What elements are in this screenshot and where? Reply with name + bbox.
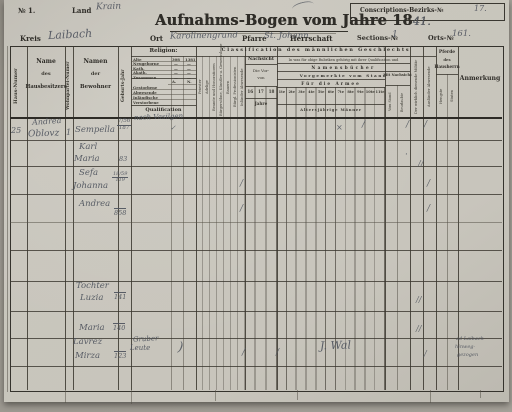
pferde-col1: Hengste: [439, 78, 444, 114]
tally-mark: /: [276, 348, 279, 358]
age-col: 1te: [277, 90, 287, 94]
form-title-text: Aufnahms-Bogen vom Jahre 18: [155, 12, 413, 29]
entry-party-no: 1: [66, 128, 71, 137]
nachsicht-col-17: 17: [256, 89, 267, 94]
class-col-5: Bürgl. Professionisten: [233, 58, 238, 116]
grid-line: [436, 74, 458, 75]
row-line: [10, 250, 502, 251]
row-line: [10, 366, 502, 367]
col-auslander: Ausländer Abwesende: [427, 58, 433, 116]
tally-mark: /: [427, 179, 430, 189]
entry-birth: 141: [114, 292, 126, 301]
pferde-title-l3: Hausherrn: [436, 64, 458, 69]
nachsicht-col-18: 18: [266, 89, 277, 94]
entry-resident: Maria: [74, 154, 100, 164]
mit-nachsicht-col2: Beurlaubte: [400, 88, 405, 116]
age-col: 6te: [326, 90, 336, 94]
tally-mark: //: [416, 295, 421, 304]
pfarre-label: Pfarre: [242, 34, 267, 43]
col-resident-l3: Bewohner: [73, 84, 118, 90]
herrschaft-label: Herrschaft: [290, 34, 333, 43]
grid-line: [447, 74, 448, 390]
age-col: 8te: [346, 90, 356, 94]
entry-resident: Sempella: [75, 125, 115, 135]
kreis-value-handwriting: Laibach: [48, 27, 93, 42]
col-owner-l2: des: [27, 71, 65, 77]
class-col-4: Bauern: [226, 58, 231, 116]
ort-value-handwriting: Karolinengrund: [170, 30, 238, 41]
col-wohnpartei-nummer: Wohnpartei-Numer: [66, 58, 71, 114]
scanned-census-form: № 1. Land Krain Conscriptions-Bezirks-№ …: [0, 0, 512, 412]
header-divider: [10, 117, 502, 119]
entry-resident: Tochter: [76, 281, 109, 291]
nachsicht-col-16: 16: [245, 89, 256, 94]
entry-birth-fraction: 18/59 119: [112, 172, 128, 183]
col-resident-l2: der: [73, 71, 118, 77]
col-dienende-militar: Der wirklich dienende Militär: [414, 58, 420, 116]
entry-birth-fraction: 7/56 187: [117, 119, 131, 131]
age-col: 4te: [306, 90, 316, 94]
row-line: [10, 140, 502, 141]
class-col-3: Bürgersöhne, Künstler u. Gewerbsleute: [219, 58, 224, 116]
entry-resident: Sefa: [79, 168, 98, 178]
class-col-1: Adelige: [205, 58, 210, 116]
mit-nachsicht-col1: Vom Stand: [388, 88, 393, 116]
tally-mark: //: [418, 159, 423, 168]
anmerkung-note-line3: gezogen: [457, 352, 478, 358]
nachsicht-sub1: Die Vor-: [245, 68, 277, 73]
right-header-line2: Namensbücher: [277, 65, 410, 70]
line-stub: [131, 390, 132, 404]
nachsicht-columns-grid: [245, 86, 277, 390]
line-stub: [430, 390, 431, 403]
entry-resident: Maria: [79, 323, 105, 333]
grid-line: [168, 84, 196, 85]
entry-resident: Luzia: [80, 293, 103, 303]
entry-qualification: nach Vasilgen: [134, 112, 183, 122]
age-col: 7te: [336, 90, 346, 94]
nachsicht-title: Nachsicht: [245, 57, 277, 62]
form-title: Aufnahms-Bogen vom Jahre 1841.: [155, 12, 365, 29]
right-header-line4: Für die Armee: [277, 81, 385, 86]
entry-resident: Andrea: [79, 199, 110, 209]
religion-title: Religion:: [131, 48, 196, 54]
col-owner-l1: Name: [27, 58, 65, 65]
entry-resident: Mirza: [75, 351, 100, 361]
religion-ab-a: A.: [172, 79, 176, 84]
classification-title: Classification des männlichen Geschlecht…: [196, 47, 436, 53]
tally-mark: /: [362, 120, 365, 130]
orts-value-handwriting: 161.: [452, 29, 471, 39]
tally-mark: /: [242, 348, 245, 358]
grid-line: [131, 105, 196, 106]
religion-row-label: Zusammen: [133, 75, 156, 80]
tally-mark: ×: [336, 123, 343, 132]
signature: J. Wal: [320, 338, 351, 352]
grid-line: [277, 87, 385, 88]
class-col-0: Priester: [198, 58, 203, 116]
pferde-title-l1: Pferde: [436, 50, 458, 55]
entry-note-line2: Leute: [130, 344, 150, 352]
religion-ab-b: N.: [187, 79, 192, 84]
row-line: [10, 222, 502, 223]
anmerkung-note-line2: hinweg-: [455, 344, 475, 350]
line-stub: [65, 390, 66, 403]
entry-birth: 123: [114, 351, 126, 360]
check-mark: ✓: [170, 124, 176, 132]
col-owner-l3: Hausbesitzers: [27, 84, 65, 90]
age-col: 9te: [356, 90, 366, 94]
age-col: 2te: [287, 90, 297, 94]
col-resident-l1: Namen: [73, 58, 118, 65]
entry-birth-bottom: 187: [119, 125, 130, 131]
anmerkung-note-line1: ad Laibach: [456, 336, 484, 342]
entry-birth: 140: [113, 323, 125, 332]
anmerkung-label: Anmerkung: [458, 75, 502, 82]
line-stub: [297, 390, 298, 400]
row-line: [10, 194, 502, 195]
grid-line: [277, 104, 385, 105]
nachsicht-foot: Jahre: [245, 101, 277, 106]
age-col: 5te: [316, 90, 326, 94]
tally-mark: /: [424, 349, 427, 358]
entry-resident: Johanna: [73, 181, 108, 191]
tally-mark: /: [240, 204, 243, 214]
tally-mark: /: [424, 120, 427, 130]
mit-nachsicht-title: Mit Nachsicht: [385, 73, 410, 77]
tally-mark: /: [427, 204, 430, 214]
tally-mark: ·: [405, 150, 408, 160]
row-line: [10, 311, 502, 312]
ort-label: Ort: [150, 34, 163, 43]
nachsicht-sub2: von: [245, 75, 277, 80]
line-stub: [480, 390, 481, 398]
entry-haus-no: 25: [11, 126, 21, 135]
right-header-line1: In was für obige Rubriken gehörig mit ih…: [277, 58, 410, 62]
grid-line: [245, 64, 277, 65]
tally-mark: /: [406, 120, 409, 130]
line-stub: [215, 390, 216, 401]
conscription-value-handwriting: 17.: [474, 4, 487, 13]
entry-resident: Karl: [79, 142, 97, 152]
entry-resident: Lavrez: [73, 337, 102, 347]
age-col: 3te: [297, 90, 307, 94]
grid-line: [245, 98, 277, 99]
age-foot-label: Altersjährige Männer: [277, 107, 385, 112]
col-geburtsjahr: Geburts-Jahr: [121, 58, 126, 114]
grid-line: [7, 46, 8, 392]
tally-mark: /: [240, 179, 243, 189]
col-haus-nummer: Haus-Numer: [13, 58, 19, 114]
grid-line: [245, 86, 277, 87]
entry-owner-line2: Oblovz: [28, 128, 60, 139]
form-number: № 1.: [18, 6, 35, 15]
grid-line: [385, 85, 410, 86]
entry-note-line1: Gruber: [133, 334, 159, 343]
land-value-handwriting: Krain: [96, 2, 121, 13]
class-col-6: Inländer Abwesende: [240, 58, 245, 116]
tally-mark: //: [416, 324, 421, 333]
pferde-col2: Stuten: [450, 78, 455, 114]
land-label: Land: [72, 6, 91, 15]
sections-value-handwriting: 1: [392, 30, 398, 40]
class-col-2: Beamte und Honoratioren: [212, 58, 217, 116]
grid-line: [397, 85, 398, 390]
form-year-handwriting: 41.: [413, 15, 431, 28]
entry-birth: 83: [119, 155, 127, 163]
kreis-label: Kreis: [20, 34, 41, 43]
age-col: 11te: [375, 90, 385, 94]
entry-birth-bottom: 119: [115, 177, 125, 183]
row-line: [10, 166, 502, 167]
age-col: 10te: [365, 90, 375, 94]
entry-birth: 858: [114, 208, 126, 217]
age-cols-row: 1te 2te 3te 4te 5te 6te 7te 8te 9te 10te…: [277, 90, 385, 94]
religion-mid-label: Verstorbene: [133, 100, 159, 105]
pferde-title-l2: des: [436, 57, 458, 62]
orts-label: Orts-№: [428, 34, 454, 42]
